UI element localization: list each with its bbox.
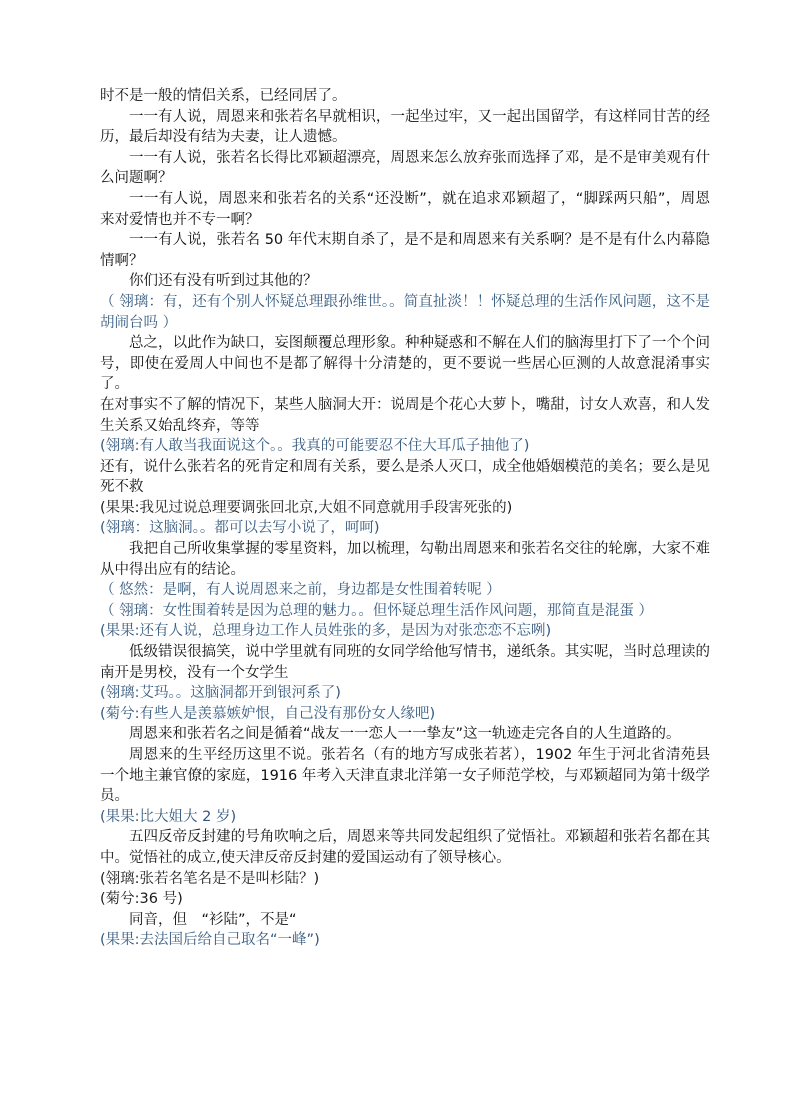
body-paragraph: 一一有人说，周恩来和张若名的关系“还没断”，就在追求邓颖超了，“脚踩两只船”，周… (100, 189, 710, 230)
body-paragraph: 同音，但 “衫陆”，不是“ (100, 910, 710, 931)
comment-lingli: (翎璃:有人敢当我面说这个。。我真的可能要忍不住大耳瓜子抽他了) (100, 436, 710, 457)
document-page: 时不是一般的情侣关系，已经同居了。 一一有人说，周恩来和张若名早就相识，一起坐过… (100, 86, 710, 951)
comment-lingli: (翎璃：这脑洞。。都可以去写小说了，呵呵) (100, 518, 710, 539)
body-paragraph: 一一有人说，张若名长得比邓颖超漂亮，周恩来怎么放弃张而选择了邓，是不是审美观有什… (100, 148, 710, 189)
body-paragraph: 一一有人说，张若名 50 年代末期自杀了，是不是和周恩来有关系啊？是不是有什么内… (100, 230, 710, 271)
comment-juxi: (菊兮:有些人是羡慕嫉妒恨，自己没有那份女人缘吧) (100, 704, 710, 725)
body-paragraph: 在对事实不了解的情况下，某些人脑洞大开：说周是个花心大萝卜，嘴甜，讨女人欢喜，和… (100, 395, 710, 436)
comment-guoguo: (果果:比大姐大 2 岁) (100, 807, 710, 828)
comment-lingli: (翎璃:张若名笔名是不是叫杉陆？) (100, 869, 710, 890)
body-paragraph: 五四反帝反封建的号角吹响之后，周恩来等共同发起组织了觉悟社。邓颖超和张若名都在其… (100, 827, 710, 868)
comment-guoguo: (果果:去法国后给自己取名“一峰”) (100, 930, 710, 951)
body-paragraph: 周恩来的生平经历这里不说。张若名（有的地方写成张若茗），1902 年生于河北省清… (100, 745, 710, 807)
body-paragraph: 我把自己所收集掌握的零星资料，加以梳理，勾勒出周恩来和张若名交往的轮廓，大家不难… (100, 539, 710, 580)
body-paragraph: 低级错误很搞笑，说中学里就有同班的女同学给他写情书，递纸条。其实呢，当时总理读的… (100, 642, 710, 683)
comment-lingli: （ 翎璃：有，还有个别人怀疑总理跟孙维世。。简直扯淡！！怀疑总理的生活作风问题，… (100, 292, 710, 333)
comment-lingli: (翎璃:艾玛。。这脑洞都开到银河系了) (100, 683, 710, 704)
comment-guoguo: (果果:我见过说总理要调张回北京,大姐不同意就用手段害死张的) (100, 498, 710, 519)
body-paragraph: 总之，以此作为缺口，妄图颠覆总理形象。种种疑惑和不解在人们的脑海里打下了一个个问… (100, 333, 710, 395)
body-paragraph: 还有，说什么张若名的死肯定和周有关系，要么是杀人灭口，成全他婚姻模范的美名；要么… (100, 457, 710, 498)
body-paragraph: 周恩来和张若名之间是循着“战友一一恋人一一挚友”这一轨迹走完各自的人生道路的。 (100, 724, 710, 745)
comment-juxi: (菊兮:36 号) (100, 889, 710, 910)
body-paragraph: 一一有人说，周恩来和张若名早就相识，一起坐过牢，又一起出国留学，有这样同甘苦的经… (100, 107, 710, 148)
comment-youran: （ 悠然：是啊，有人说周恩来之前，身边都是女性围着转呢 ） (100, 580, 710, 601)
comment-guoguo: (果果:还有人说，总理身边工作人员姓张的多，是因为对张恋恋不忘咧) (100, 621, 710, 642)
body-paragraph: 时不是一般的情侣关系，已经同居了。 (100, 86, 710, 107)
comment-lingli: （ 翎璃：女性围着转是因为总理的魅力。。但怀疑总理生活作风问题，那简直是混蛋 ） (100, 601, 710, 622)
body-paragraph: 你们还有没有听到过其他的？ (100, 271, 710, 292)
